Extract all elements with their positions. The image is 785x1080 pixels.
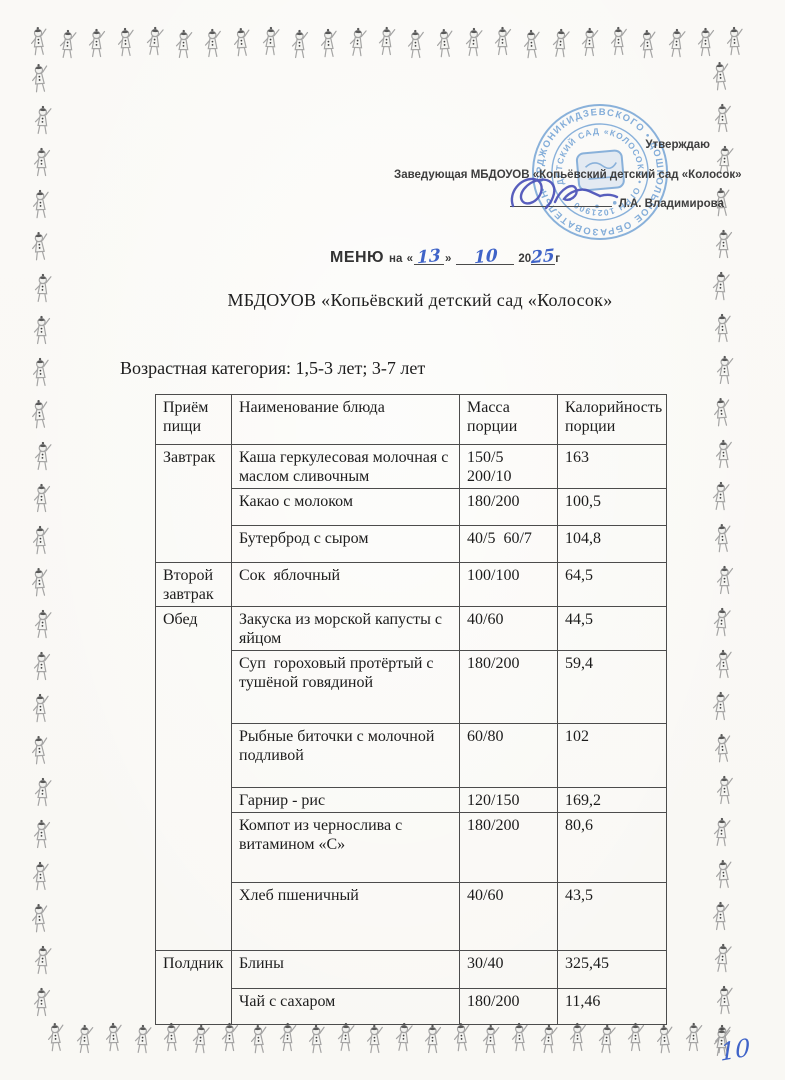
handwritten-day: 13 <box>417 250 441 266</box>
waving-child-figure-icon <box>143 24 167 58</box>
waving-child-figure-icon <box>31 650 53 683</box>
dish-cell: Рыбные биточки с молочной подливой <box>232 724 460 788</box>
waving-child-figure-icon <box>433 26 457 60</box>
waving-child-figure-icon <box>31 272 54 306</box>
waving-child-figure-icon <box>713 438 736 471</box>
waving-child-figure-icon <box>713 984 736 1018</box>
waving-child-figure-icon <box>29 860 52 894</box>
cal-cell: 325,45 <box>558 951 667 989</box>
cal-cell: 169,2 <box>558 788 667 813</box>
waving-child-figure-icon <box>462 26 485 60</box>
waving-child-figure-icon <box>44 1020 68 1054</box>
waving-child-figure-icon <box>711 941 735 975</box>
waving-child-figure-icon <box>405 28 428 61</box>
dish-cell: Гарнир - рис <box>232 788 460 813</box>
scanned-menu-document: • ОРДЖОНИКИДЗЕВСКОГО • ДОШКОЛЬНОЕ ОБРАЗО… <box>0 0 785 1080</box>
mass-cell: 180/200 <box>460 989 558 1025</box>
waving-child-figure-icon <box>711 312 734 346</box>
approval-label: Утверждаю <box>394 138 710 152</box>
waving-child-figure-icon <box>723 25 746 59</box>
cal-cell: 102 <box>558 724 667 788</box>
waving-child-figure-icon <box>422 1023 444 1056</box>
waving-child-figure-icon <box>683 1021 706 1054</box>
waving-child-figure-icon <box>29 356 52 390</box>
date-prefix: на <box>389 253 402 265</box>
waving-child-figure-icon <box>710 395 734 429</box>
cal-cell: 104,8 <box>558 526 667 563</box>
waving-child-figure-icon <box>28 397 52 431</box>
waving-child-figure-icon <box>31 482 53 515</box>
waving-child-figure-icon <box>173 28 196 61</box>
waving-child-figure-icon <box>492 25 514 58</box>
waving-child-figure-icon <box>28 733 52 767</box>
handwritten-year: 25 <box>531 250 555 266</box>
waving-child-figure-icon <box>579 26 602 59</box>
table-row: Суп гороховый протёртый с тушёной говяди… <box>156 651 667 724</box>
waving-child-figure-icon <box>712 102 735 135</box>
table-row: Бутерброд с сыром 40/5 60/7 104,8 <box>156 526 667 563</box>
waving-child-figure-icon <box>31 104 54 138</box>
date-day-field: 13 <box>414 250 444 265</box>
waving-child-figure-icon <box>712 648 735 682</box>
menu-word: МЕНЮ <box>330 249 384 267</box>
waving-child-figure-icon <box>549 26 573 60</box>
organization-name: МБДОУОВ «Копьёвский детский сад «Колосок… <box>57 290 783 311</box>
waving-child-figure-icon <box>29 188 52 222</box>
waving-child-figure-icon <box>277 1021 300 1054</box>
mass-cell: 40/60 <box>460 607 558 651</box>
waving-child-figure-icon <box>711 731 735 765</box>
mass-cell: 60/80 <box>460 724 558 788</box>
waving-child-figure-icon <box>710 605 734 639</box>
handwritten-page-number: 10 <box>720 1033 751 1067</box>
table-row: Рыбные биточки с молочной подливой 60/80… <box>156 724 667 788</box>
menu-table: Приём пищи Наименование блюда Масса порц… <box>155 394 667 1025</box>
header-dish: Наименование блюда <box>232 395 460 445</box>
dish-cell: Блины <box>232 951 460 989</box>
waving-child-figure-icon <box>28 901 52 935</box>
waving-child-figure-icon <box>376 25 399 58</box>
cal-cell: 64,5 <box>558 563 667 607</box>
waving-child-figure-icon <box>713 228 735 261</box>
waving-child-figure-icon <box>31 986 53 1019</box>
waving-child-figure-icon <box>74 1023 97 1056</box>
handwritten-signature-icon <box>503 170 653 220</box>
date-suffix: г <box>555 253 560 265</box>
waving-child-figure-icon <box>31 818 53 851</box>
dish-cell: Бутерброд с сыром <box>232 526 460 563</box>
waving-child-figure-icon <box>636 27 660 61</box>
waving-child-figure-icon <box>31 608 54 642</box>
waving-child-figure-icon <box>625 1021 647 1054</box>
waving-child-figure-icon <box>710 690 733 723</box>
waving-child-figure-icon <box>714 774 737 807</box>
mass-cell: 120/150 <box>460 788 558 813</box>
waving-child-figure-icon <box>31 146 53 179</box>
cal-cell: 44,5 <box>558 607 667 651</box>
date-century: 20 <box>518 253 531 265</box>
cal-cell: 100,5 <box>558 489 667 526</box>
waving-child-figure-icon <box>219 1021 241 1054</box>
waving-child-figure-icon <box>714 354 737 387</box>
meal-cell: Второй завтрак <box>156 563 232 607</box>
header-cal: Калорийность порции <box>558 395 667 445</box>
waving-child-figure-icon <box>86 27 108 60</box>
header-meal: Приём пищи <box>156 395 232 445</box>
waving-child-figure-icon <box>520 28 543 62</box>
header-mass: Масса порции <box>460 395 558 445</box>
waving-child-figure-icon <box>653 1022 677 1056</box>
waving-child-figure-icon <box>709 480 732 514</box>
waving-child-figure-icon <box>202 27 225 60</box>
waving-child-figure-icon <box>567 1021 590 1054</box>
dish-cell: Хлеб пшеничный <box>232 883 460 951</box>
waving-child-figure-icon <box>305 1023 328 1057</box>
menu-title-line: МЕНЮ на «13» 10 2025г <box>330 249 560 267</box>
date-month-field: 10 <box>456 250 514 265</box>
cal-cell: 163 <box>558 445 667 489</box>
table-row: Полдник Блины 30/40 325,45 <box>156 951 667 989</box>
handwritten-month: 10 <box>474 250 498 266</box>
dish-cell: Каша геркулесовая молочная с маслом слив… <box>232 445 460 489</box>
table-row: Чай с сахаром 180/200 11,46 <box>156 989 667 1025</box>
waving-child-figure-icon <box>29 692 52 726</box>
waving-child-figure-icon <box>29 524 52 558</box>
cal-cell: 80,6 <box>558 813 667 883</box>
waving-child-figure-icon <box>595 1022 619 1056</box>
waving-child-figure-icon <box>161 1021 184 1054</box>
waving-child-figure-icon <box>710 816 733 850</box>
mass-cell: 180/200 <box>460 489 558 526</box>
waving-child-figure-icon <box>31 440 54 474</box>
waving-child-figure-icon <box>450 1020 474 1054</box>
waving-child-figure-icon <box>608 25 631 58</box>
table-header-row: Приём пищи Наименование блюда Масса порц… <box>156 395 667 445</box>
waving-child-figure-icon <box>28 229 52 263</box>
waving-child-figure-icon <box>31 314 53 347</box>
dish-cell: Суп гороховый протёртый с тушёной говяди… <box>232 651 460 724</box>
dish-cell: Сок яблочный <box>232 563 460 607</box>
cal-cell: 43,5 <box>558 883 667 951</box>
waving-child-figure-icon <box>508 1021 531 1055</box>
waving-child-figure-icon <box>714 564 736 597</box>
waving-child-figure-icon <box>259 25 282 59</box>
dish-cell: Чай с сахаром <box>232 989 460 1025</box>
dish-cell: Закуска из морской капусты с яйцом <box>232 607 460 651</box>
waving-child-figure-icon <box>711 521 735 555</box>
waving-child-figure-icon <box>102 1021 125 1055</box>
mass-cell: 180/200 <box>460 651 558 724</box>
waving-child-figure-icon <box>364 1023 387 1056</box>
waving-child-figure-icon <box>712 857 736 891</box>
waving-child-figure-icon <box>230 25 254 59</box>
table-row: Какао с молоком 180/200 100,5 <box>156 489 667 526</box>
waving-child-figure-icon <box>665 27 688 61</box>
waving-child-figure-icon <box>114 26 137 60</box>
waving-child-figure-icon <box>334 1021 357 1055</box>
waving-child-figure-icon <box>28 565 52 599</box>
meal-cell: Полдник <box>156 951 232 1025</box>
waving-child-figure-icon <box>710 900 732 933</box>
table-row: Компот из чернослива с витамином «С» 180… <box>156 813 667 883</box>
waving-child-figure-icon <box>28 61 52 95</box>
cal-cell: 11,46 <box>558 989 667 1025</box>
mass-cell: 40/5 60/7 <box>460 526 558 563</box>
dish-cell: Компот из чернослива с витамином «С» <box>232 813 460 883</box>
date-year-field: 25 <box>531 250 555 265</box>
dish-cell: Какао с молоком <box>232 489 460 526</box>
cal-cell: 59,4 <box>558 651 667 724</box>
meal-cell: Обед <box>156 607 232 951</box>
waving-child-figure-icon <box>189 1022 213 1056</box>
waving-child-figure-icon <box>317 27 340 61</box>
waving-child-figure-icon <box>31 776 54 810</box>
waving-child-figure-icon <box>289 28 311 61</box>
table-row: Обед Закуска из морской капусты с яйцом … <box>156 607 667 651</box>
waving-child-figure-icon <box>27 24 51 58</box>
table-row: Хлеб пшеничный 40/60 43,5 <box>156 883 667 951</box>
meal-cell: Завтрак <box>156 445 232 563</box>
mass-cell: 150/5 200/10 <box>460 445 558 489</box>
table-row: Завтрак Каша геркулесовая молочная с мас… <box>156 445 667 489</box>
age-category-line: Возрастная категория: 1,5-3 лет; 3-7 лет <box>120 358 425 379</box>
mass-cell: 100/100 <box>460 563 558 607</box>
waving-child-figure-icon <box>56 28 79 62</box>
waving-child-figure-icon <box>480 1023 503 1056</box>
waving-child-figure-icon <box>537 1023 560 1057</box>
mass-cell: 40/60 <box>460 883 558 951</box>
waving-child-figure-icon <box>695 26 717 59</box>
mass-cell: 180/200 <box>460 813 558 883</box>
waving-child-figure-icon <box>247 1022 271 1056</box>
waving-child-figure-icon <box>346 25 370 59</box>
mass-cell: 30/40 <box>460 951 558 989</box>
table-row: Второй завтрак Сок яблочный 100/100 64,5 <box>156 563 667 607</box>
waving-child-figure-icon <box>392 1020 416 1054</box>
waving-child-figure-icon <box>709 59 733 93</box>
table-row: Гарнир - рис 120/150 169,2 <box>156 788 667 813</box>
waving-child-figure-icon <box>31 944 54 978</box>
waving-child-figure-icon <box>131 1023 154 1057</box>
